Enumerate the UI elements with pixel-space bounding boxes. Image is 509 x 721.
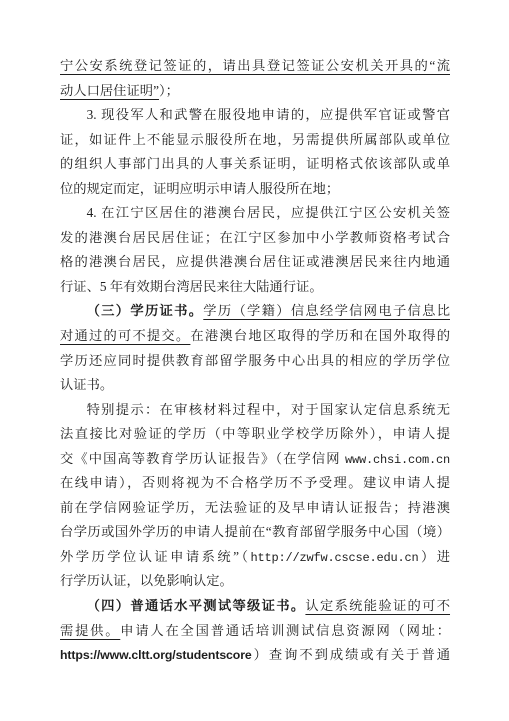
body-text: 学历还应同时提供教育部留学服务中心出具的相应的学历学位 [60, 353, 450, 368]
underlined-text: 对通过的可不提交。 [60, 328, 190, 343]
text-line: 法直接比对验证的学历（中等职业学校学历除外），申请人提 [60, 422, 450, 447]
text-line: 在线申请），否则将视为不合格学历不予受理。建议申请人提 [60, 471, 450, 496]
section-heading: （四）普通话水平测试等级证书。 [87, 598, 306, 613]
text-line: 格的港澳台居民，应提供港澳台居住证或港澳居民来往内地通 [60, 250, 450, 275]
section-heading: （三）学历证书。 [87, 303, 204, 318]
body-text: 台学历或国外学历的申请人提前在“教育部留学服务中心国（境） [60, 524, 450, 539]
text-line: （三）学历证书。学历（学籍）信息经学信网电子信息比 [60, 299, 450, 324]
body-text: 证，如证件上不能显示服役所在地，另需提供所属部队或单位 [60, 132, 450, 147]
text-line: 外学历学位认证申请系统”（http://zwfw.cscse.edu.cn）进 [60, 545, 450, 570]
body-text: 申请人在全国普通话培训测试信息资源网（网址： [120, 623, 450, 638]
text-line: 证，如证件上不能显示服役所在地，另需提供所属部队或单位 [60, 128, 450, 153]
body-text: ）查询不到成绩或有关于普通 [252, 647, 450, 662]
body-text: 的组织人事部门出具的人事关系证明，证明格式依该部队或单 [60, 156, 450, 171]
body-text: 行证、5 年有效期台湾居民来往大陆通行证。 [60, 279, 323, 294]
body-text: 特别提示：在审核材料过程中，对于国家认定信息系统无 [87, 402, 450, 417]
body-text: 在线申请），否则将视为不合格学历不予受理。建议申请人提 [60, 475, 450, 490]
text-line: （四）普通话水平测试等级证书。认定系统能验证的可不 [60, 594, 450, 619]
text-line: 特别提示：在审核材料过程中，对于国家认定信息系统无 [60, 398, 450, 423]
body-text: 前在学信网验证学历，无法验证的及早申请认证报告；持港澳 [60, 500, 450, 515]
body-text: 在港澳台地区取得的学历和在国外取得的 [190, 328, 450, 343]
underlined-text: 认定系统能验证的可不 [305, 598, 450, 613]
text-line: https://www.cltt.org/studentscore）查询不到成绩… [60, 643, 450, 668]
text-line: 4. 在江宁区居住的港澳台居民，应提供江宁区公安机关签 [60, 201, 450, 226]
body-text: 发的港澳台居民居住证；在江宁区参加中小学教师资格考试合 [60, 230, 450, 245]
underlined-text: 动人口居住证明” [60, 83, 159, 98]
body-text: 位的规定而定，证明应明示申请人服役所在地； [60, 181, 339, 196]
body-text: ）进 [419, 549, 450, 564]
body-text: 交《中国高等教育学历认证报告》（在学信网 [60, 451, 345, 466]
body-text: 3. 现役军人和武警在服役地申请的，应提供军官证或警官 [87, 107, 450, 122]
text-line: 动人口居住证明”）； [60, 79, 450, 104]
body-text: 法直接比对验证的学历（中等职业学校学历除外），申请人提 [60, 426, 450, 441]
text-line: 交《中国高等教育学历认证报告》（在学信网 www.chsi.com.cn [60, 447, 450, 472]
body-text: 行学历认证，以免影响认定。 [60, 573, 233, 588]
underlined-text: 需提供。 [60, 623, 120, 638]
text-line: 对通过的可不提交。在港澳台地区取得的学历和在国外取得的 [60, 324, 450, 349]
body-text: 认证书。 [60, 377, 113, 392]
underlined-text: 学历（学籍）信息经学信网电子信息比 [203, 303, 450, 318]
text-line: 行学历认证，以免影响认定。 [60, 569, 450, 594]
text-line: 宁公安系统登记签证的，请出具登记签证公安机关开具的“流 [60, 54, 450, 79]
url-text: http://zwfw.cscse.edu.cn [251, 551, 419, 565]
body-text: 格的港澳台居民，应提供港澳台居住证或港澳居民来往内地通 [60, 254, 450, 269]
text-line: 位的规定而定，证明应明示申请人服役所在地； [60, 177, 450, 202]
text-line: 认证书。 [60, 373, 450, 398]
text-line: 发的港澳台居民居住证；在江宁区参加中小学教师资格考试合 [60, 226, 450, 251]
url-text: www.chsi.com.cn [345, 453, 450, 467]
body-text: ）； [159, 83, 179, 98]
url-text: https://www.cltt.org/studentscore [60, 648, 252, 662]
text-line: 行证、5 年有效期台湾居民来往大陆通行证。 [60, 275, 450, 300]
text-line: 需提供。申请人在全国普通话培训测试信息资源网（网址： [60, 619, 450, 644]
text-line: 前在学信网验证学历，无法验证的及早申请认证报告；持港澳 [60, 496, 450, 521]
document-text: 宁公安系统登记签证的，请出具登记签证公安机关开具的“流动人口居住证明”）；3. … [60, 54, 450, 668]
body-text: 4. 在江宁区居住的港澳台居民，应提供江宁区公安机关签 [87, 205, 450, 220]
text-line: 3. 现役军人和武警在服役地申请的，应提供军官证或警官 [60, 103, 450, 128]
underlined-text: 宁公安系统登记签证的，请出具登记签证公安机关开具的“流 [60, 58, 450, 73]
document-page: 宁公安系统登记签证的，请出具登记签证公安机关开具的“流动人口居住证明”）；3. … [0, 0, 509, 721]
body-text: 外学历学位认证申请系统”（ [60, 549, 251, 564]
text-line: 的组织人事部门出具的人事关系证明，证明格式依该部队或单 [60, 152, 450, 177]
text-line: 台学历或国外学历的申请人提前在“教育部留学服务中心国（境） [60, 520, 450, 545]
text-line: 学历还应同时提供教育部留学服务中心出具的相应的学历学位 [60, 349, 450, 374]
